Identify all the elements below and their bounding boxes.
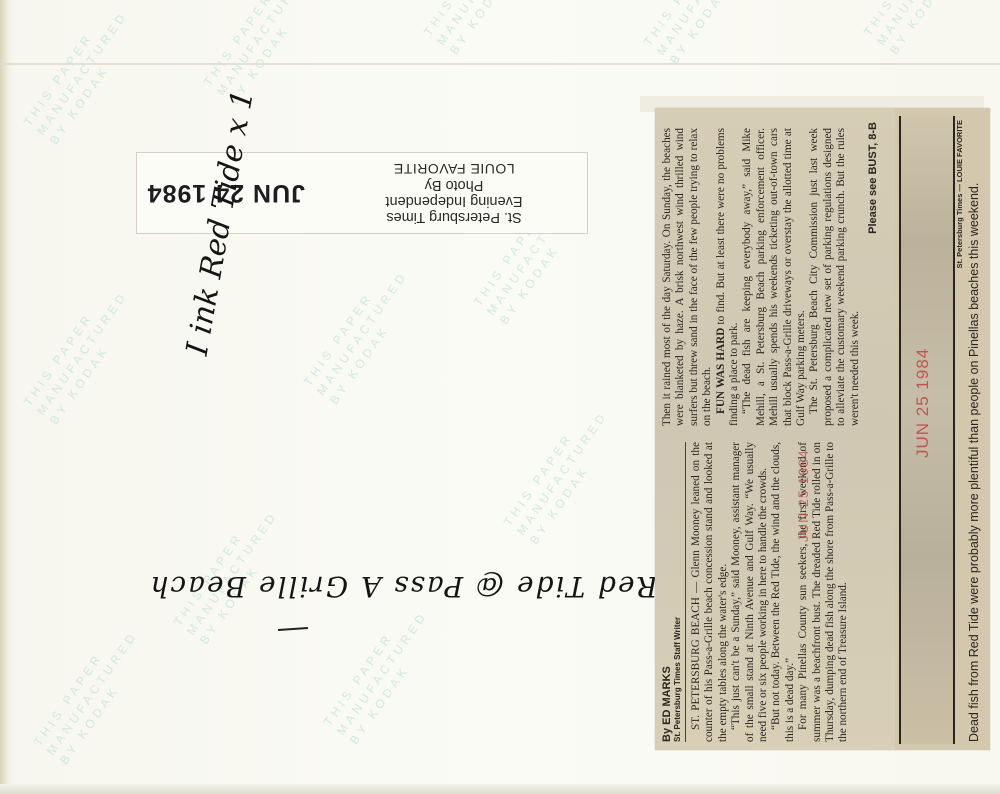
left-edge — [0, 0, 8, 794]
stamp-photo-by: Photo By — [329, 177, 579, 193]
stamp-text: St. Petersburg Times Evening Independent… — [329, 161, 579, 225]
fold-line — [0, 63, 1000, 65]
paragraph: Then it rained most of the day Saturday.… — [661, 128, 715, 426]
article-column-2: Then it rained most of the day Saturday.… — [661, 128, 862, 426]
continued-reference: Please see BUST, 8-B — [867, 122, 879, 234]
photo-cutline: Dead fish from Red Tide were probably mo… — [967, 183, 981, 742]
newspaper-clipping: By ED MARKS St. Petersburg Times Staff W… — [655, 108, 990, 750]
article: By ED MARKS St. Petersburg Times Staff W… — [655, 108, 895, 750]
stamp-photographer: LOUIE FAVORITE — [329, 161, 579, 177]
paragraph: “But not today. Between the Red Tide, th… — [770, 442, 797, 742]
byline-affiliation: St. Petersburg Times Staff Writer — [673, 442, 686, 742]
handwritten-caption: Red Tide @ Pass A Grille Beach — [148, 570, 658, 603]
paragraph: “This just can't be a Sunday,” said Moon… — [730, 442, 770, 742]
photo-strip: St. Petersburg Times — LOUIE FAVORITE De… — [895, 108, 990, 750]
article-column-1: By ED MARKS St. Petersburg Times Staff W… — [661, 442, 851, 742]
bottom-edge — [0, 784, 1000, 794]
photo-credit: St. Petersburg Times — LOUIE FAVORITE — [955, 120, 964, 269]
paragraph: The St. Petersburg Beach City Commission… — [808, 128, 862, 426]
stamp-publication-2: Evening Independent — [329, 193, 579, 209]
received-date-stamp: JUN 25 1984 — [913, 348, 933, 458]
paragraph: ST. PETERSBURG BEACH — Glenn Mooney lean… — [690, 442, 730, 742]
paragraph: “The dead fish are keeping everybody awa… — [741, 128, 808, 426]
stamp-publication: St. Petersburg Times — [329, 209, 579, 225]
received-date-stamp: JUN 25 1984 — [795, 449, 811, 542]
paragraph-subhead: FUN WAS HARD to find. But at least there… — [715, 128, 742, 426]
byline: By ED MARKS — [661, 442, 673, 742]
